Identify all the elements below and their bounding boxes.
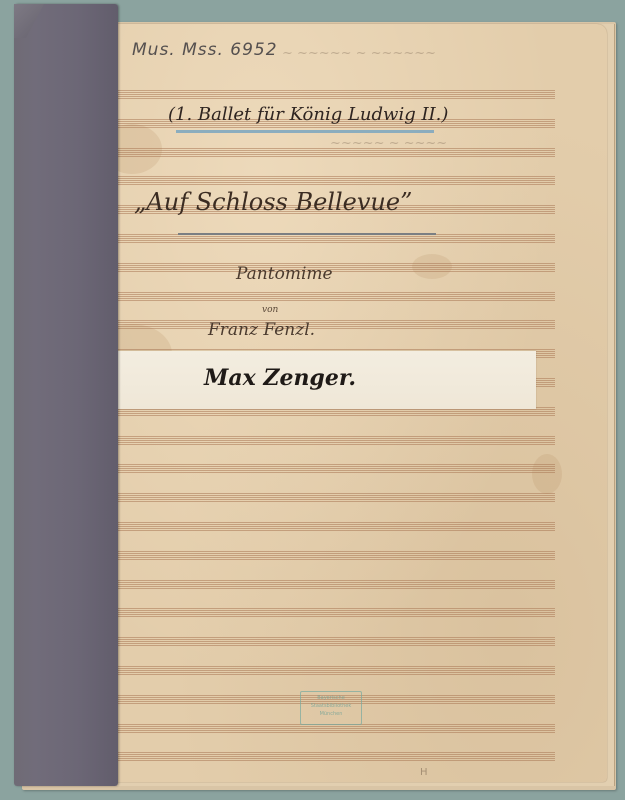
staff xyxy=(112,724,555,734)
work-title: „Auf Schloss Bellevue” xyxy=(134,188,412,216)
staff xyxy=(112,436,555,446)
heading: (1. Ballet für König Ludwig II.) xyxy=(168,104,448,125)
composer-label-slip: Max Zenger. xyxy=(108,351,536,409)
staff xyxy=(112,637,555,647)
by-label: von xyxy=(262,305,278,315)
shelfmark: Mus. Mss. 6952 xyxy=(132,40,278,60)
genre: Pantomime xyxy=(236,264,333,284)
pencil-underline xyxy=(178,233,436,235)
library-stamp: Bayerische Staatsbibliothek München xyxy=(300,691,362,725)
stamp-line: München xyxy=(301,710,361,718)
staff xyxy=(112,320,555,330)
staff xyxy=(112,522,555,532)
staff xyxy=(112,608,555,618)
staff xyxy=(112,90,555,100)
staff xyxy=(112,752,555,762)
stamp-line: Staatsbibliothek xyxy=(301,702,361,710)
erased-text: ~~~~~ ~ ~~~~ xyxy=(330,136,447,151)
staff xyxy=(112,666,555,676)
blue-pencil-underline xyxy=(176,130,434,133)
staff xyxy=(112,551,555,561)
staff xyxy=(112,176,555,186)
composer-name: Max Zenger. xyxy=(204,365,356,391)
author-name: Franz Fenzl. xyxy=(208,320,315,340)
binding-spine xyxy=(14,4,118,786)
staff xyxy=(112,234,555,244)
staff xyxy=(112,464,555,474)
staff xyxy=(112,292,555,302)
staff xyxy=(112,263,555,273)
staff xyxy=(112,580,555,590)
staff xyxy=(112,493,555,503)
stamp-line: Bayerische xyxy=(301,694,361,702)
pencil-mark: H xyxy=(420,767,428,778)
erased-text: ~ ~~~~~ ~ ~~~~~~ xyxy=(282,46,436,61)
